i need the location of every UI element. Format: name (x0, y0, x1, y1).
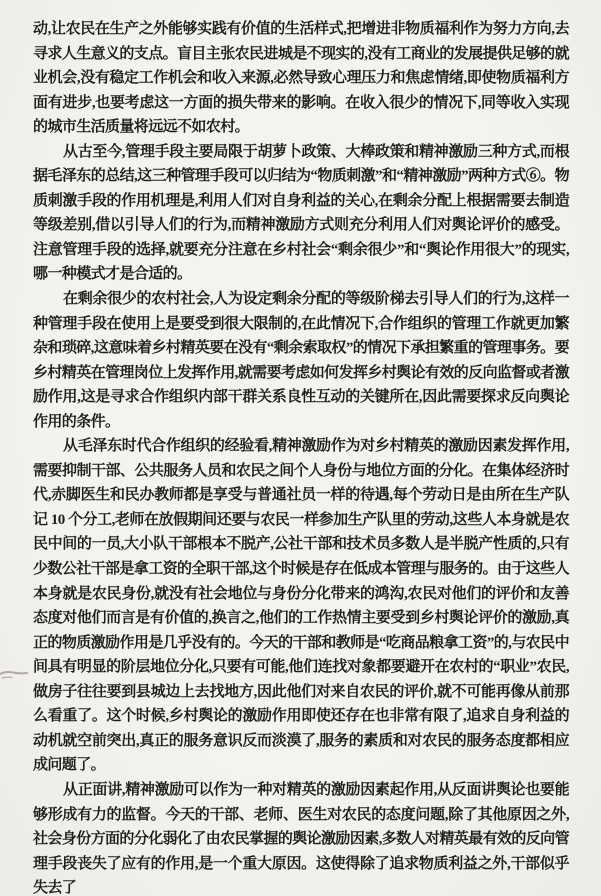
paragraph: 从正面讲,精神激励可以作为一种对精英的激励因素起作用,从反面讲舆论也要能够形成有… (33, 778, 569, 896)
paragraph: 动,让农民在生产之外能够实践有价值的生活样式,把增进非物质福利作为努力方向,去寻… (33, 17, 569, 140)
paragraph: 从古至今,管理手段主要局限于胡萝卜政策、大棒政策和精神激励三种方式,而根据毛泽东… (33, 140, 569, 287)
paragraph: 从毛泽东时代合作组织的经验看,精神激励作为对乡村精英的激励因素发挥作用,需要抑制… (33, 434, 569, 778)
scanned-book-page: 动,让农民在生产之外能够实践有价值的生活样式,把增进非物质福利作为努力方向,去寻… (0, 0, 601, 896)
pencil-scribble-icon (0, 665, 36, 683)
page-text: 动,让农民在生产之外能够实践有价值的生活样式,把增进非物质福利作为努力方向,去寻… (33, 17, 569, 896)
paragraph: 在剩余很少的农村社会,人为设定剩余分配的等级阶梯去引导人们的行为,这样一种管理手… (33, 287, 569, 434)
